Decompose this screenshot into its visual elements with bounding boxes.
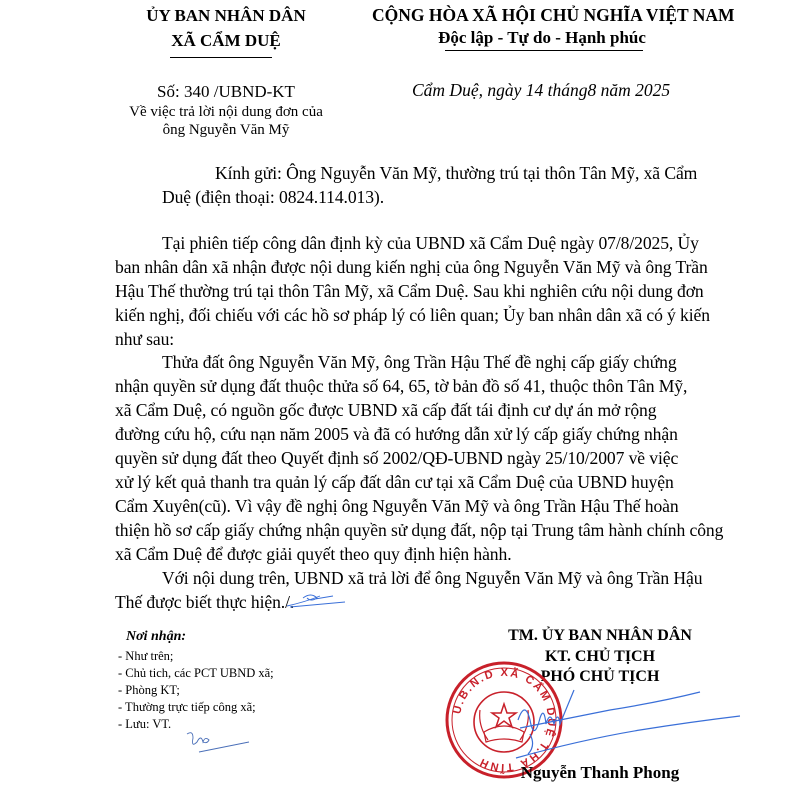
body-p2-line: thiện hồ sơ cấp giấy chứng nhận quyền sử… (115, 520, 723, 541)
recipient-item: - Như trên; (118, 648, 173, 665)
body-p3-line: Với nội dung trên, UBND xã trả lời để ôn… (162, 568, 702, 589)
addressee-line1: Kính gửi: Ông Nguyễn Văn Mỹ, thường trú … (215, 163, 697, 184)
body-p3-line: Thế được biết thực hiện./. (115, 592, 294, 613)
body-p1-line: như sau: (115, 329, 174, 350)
body-p1-line: Tại phiên tiếp công dân định kỳ của UBND… (162, 233, 699, 254)
body-p2-line: nhận quyền sử dụng đất thuộc thửa số 64,… (115, 376, 687, 397)
body-p2-line: xã Cẩm Duệ, có nguồn gốc được UBND xã cấ… (115, 400, 656, 421)
body-p2-line: đường cứu hộ, cứu nạn năm 2005 và đã có … (115, 424, 678, 445)
recipient-item: - Lưu: VT. (118, 716, 171, 733)
initial-mark-icon (285, 590, 355, 610)
place-date: Cẩm Duệ, ngày 14 tháng8 năm 2025 (412, 80, 670, 101)
signer-name: Nguyễn Thanh Phong (480, 763, 720, 783)
national-title: CỘNG HÒA XÃ HỘI CHỦ NGHĨA VIỆT NAM (372, 5, 712, 26)
initial-signature-icon (185, 728, 255, 758)
agency-underline (170, 57, 272, 58)
recipients-title: Nơi nhận: (126, 628, 186, 645)
body-p1-line: Hậu Thế thường trú tại thôn Tân Mỹ, xã C… (115, 281, 704, 302)
recipient-item: - Phòng KT; (118, 682, 180, 699)
body-p2-line: quyền sử dụng đất theo Quyết định số 200… (115, 448, 678, 469)
body-p1-line: kiến nghị, đối chiếu với các hồ sơ pháp … (115, 305, 710, 326)
body-p2-line: Thửa đất ông Nguyễn Văn Mỹ, ông Trần Hậu… (162, 352, 677, 373)
subject-line1: Về việc trả lời nội dung đơn của (110, 104, 342, 121)
handwritten-signature-icon (500, 680, 740, 770)
body-p2-line: xã Cẩm Duệ để được giải quyết theo quy đ… (115, 544, 512, 565)
recipient-item: - Chủ tich, các PCT UBND xã; (118, 665, 274, 682)
agency-name-line1: ỦY BAN NHÂN DÂN (110, 6, 342, 26)
body-p2-line: Cẩm Xuyên(cũ). Vì vậy đề nghị ông Nguyễn… (115, 496, 679, 517)
body-p1-line: ban nhân dân xã nhận được nội dung kiến … (115, 257, 708, 278)
signature-title-line1: TM. ỦY BAN NHÂN DÂN (480, 627, 720, 645)
agency-name-line2: XÃ CẨM DUỆ (110, 31, 342, 51)
document-number: Số: 340 /UBND-KT (110, 82, 342, 102)
recipient-item: - Thường trực tiếp công xã; (118, 699, 256, 716)
national-motto: Độc lập - Tự do - Hạnh phúc (372, 28, 712, 48)
motto-underline (445, 50, 643, 51)
addressee-line2: Duệ (điện thoại: 0824.114.013). (162, 187, 384, 208)
body-p2-line: xử lý kết quả thanh tra quản lý cấp đất … (115, 472, 674, 493)
subject-line2: ông Nguyễn Văn Mỹ (110, 122, 342, 139)
